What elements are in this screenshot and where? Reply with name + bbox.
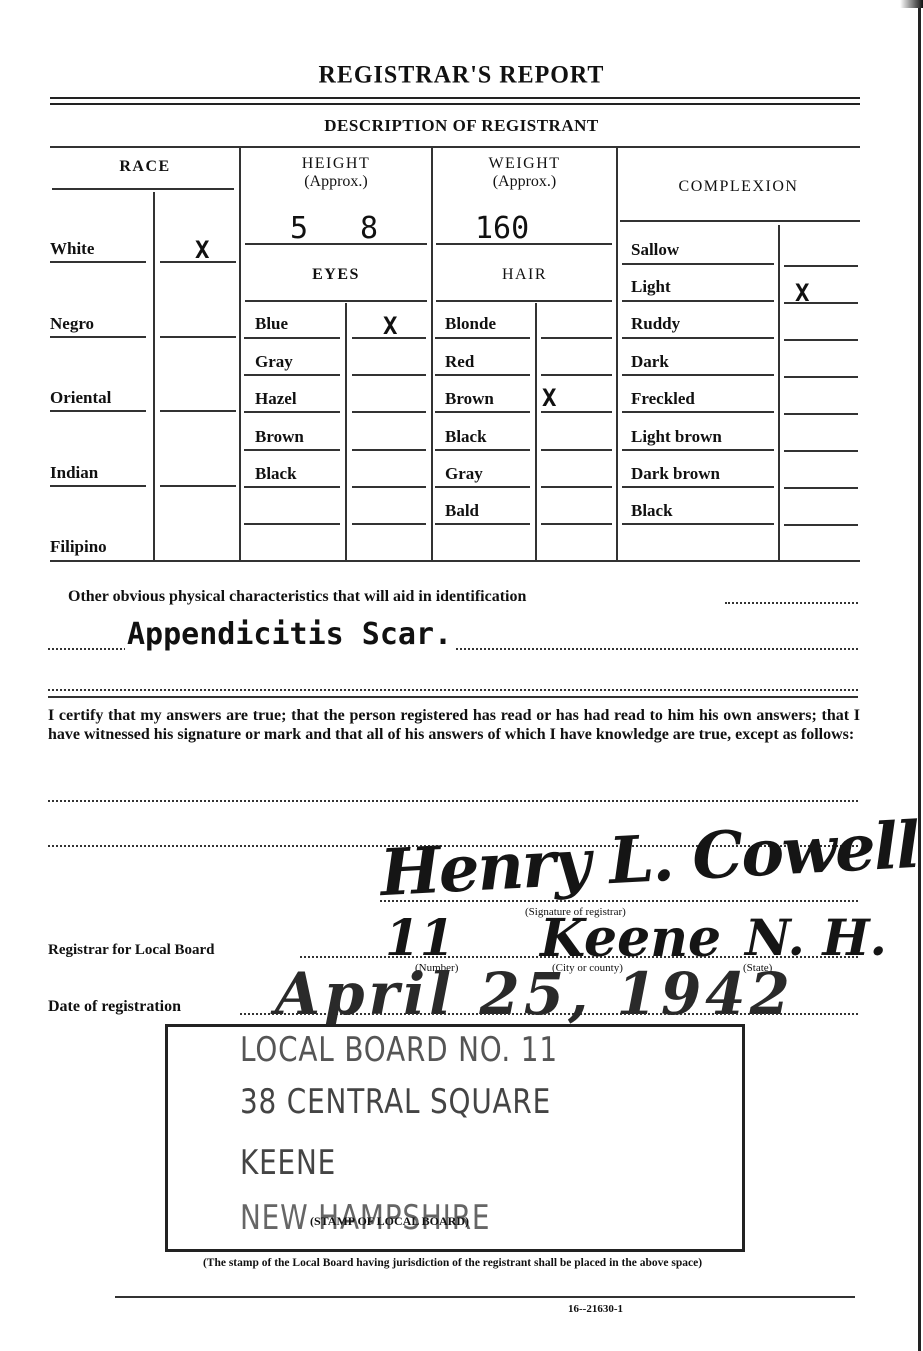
- height-rule: [245, 243, 427, 245]
- board-state: N. H.: [745, 908, 887, 967]
- section-rule: [48, 696, 858, 698]
- row-rule: [435, 523, 530, 525]
- stamp-caption: (STAMP OF LOCAL BOARD): [310, 1214, 469, 1229]
- stamp-instruction: (The stamp of the Local Board having jur…: [160, 1256, 745, 1270]
- complexion-header-rule: [620, 220, 860, 222]
- complexion-freckled: Freckled: [631, 389, 695, 409]
- hair-header-rule: [436, 300, 612, 302]
- table-top-rule: [50, 146, 860, 148]
- date-label: Date of registration: [48, 998, 181, 1016]
- row-rule: [244, 449, 340, 451]
- row-rule: [784, 339, 858, 341]
- eyes-blue: Blue: [255, 314, 288, 334]
- height-sub: (Approx.): [240, 173, 432, 191]
- complexion-mark-col: [778, 225, 780, 560]
- row-rule: [784, 487, 858, 489]
- complexion-sallow: Sallow: [631, 240, 679, 260]
- hair-mark: X: [542, 386, 556, 410]
- row-rule: [352, 411, 426, 413]
- eyes-hazel: Hazel: [255, 389, 297, 409]
- hair-bald: Bald: [445, 501, 479, 521]
- col-divider-weight: [616, 148, 618, 560]
- form-number: 16--21630-1: [568, 1303, 623, 1315]
- board-number: 11: [385, 908, 455, 967]
- weight-header: WEIGHT: [432, 155, 617, 173]
- footer-rule: [115, 1296, 855, 1298]
- signature-line: [380, 900, 858, 902]
- row-rule: [541, 486, 612, 488]
- eyes-gray: Gray: [255, 352, 293, 372]
- complexion-header: COMPLEXION: [617, 178, 860, 196]
- row-rule: [50, 261, 146, 263]
- registration-date: April 25, 1942: [275, 960, 794, 1028]
- weight-sub: (Approx.): [432, 173, 617, 191]
- eyes-header: EYES: [240, 266, 432, 284]
- eyes-mark: X: [383, 314, 397, 338]
- row-rule: [435, 449, 530, 451]
- row-rule: [160, 410, 236, 412]
- certification-text: I certify that my answers are true; that…: [48, 706, 860, 744]
- row-rule: [622, 486, 774, 488]
- dotted-line: [48, 800, 858, 802]
- hair-brown: Brown: [445, 389, 494, 409]
- row-rule: [50, 410, 146, 412]
- document-title: REGISTRAR'S REPORT: [0, 61, 923, 89]
- row-rule: [244, 337, 340, 339]
- dotted-line: [48, 689, 858, 691]
- race-header-rule: [52, 188, 234, 190]
- row-rule: [160, 336, 236, 338]
- hair-gray: Gray: [445, 464, 483, 484]
- title-rule-bottom: [50, 103, 860, 105]
- stamp-line-1: LOCAL BOARD NO. 11: [240, 1030, 558, 1070]
- height-header: HEIGHT: [240, 155, 432, 173]
- complexion-black: Black: [631, 501, 673, 521]
- stamp-line-2: 38 CENTRAL SQUARE: [240, 1082, 551, 1122]
- row-rule: [244, 411, 340, 413]
- table-bottom-rule: [50, 560, 860, 562]
- eyes-header-rule: [245, 300, 427, 302]
- row-rule: [244, 523, 340, 525]
- row-rule: [784, 302, 858, 304]
- weight-rule: [436, 243, 612, 245]
- row-rule: [435, 337, 530, 339]
- row-rule: [352, 337, 426, 339]
- row-rule: [352, 449, 426, 451]
- row-rule: [622, 263, 774, 265]
- row-rule: [435, 411, 530, 413]
- row-rule: [784, 265, 858, 267]
- row-rule: [352, 486, 426, 488]
- row-rule: [50, 336, 146, 338]
- dotted-line: [725, 602, 858, 604]
- section-title: DESCRIPTION OF REGISTRANT: [0, 116, 923, 136]
- height-feet: 5: [290, 214, 308, 244]
- row-rule: [541, 523, 612, 525]
- row-rule: [160, 485, 236, 487]
- title-rule-top: [50, 97, 860, 99]
- row-rule: [784, 413, 858, 415]
- other-characteristics-prompt: Other obvious physical characteristics t…: [68, 588, 526, 606]
- complexion-light-brown: Light brown: [631, 427, 722, 447]
- hair-blonde: Blonde: [445, 314, 496, 334]
- hair-red: Red: [445, 352, 474, 372]
- hair-mark-col: [535, 303, 537, 560]
- row-rule: [435, 374, 530, 376]
- row-rule: [622, 411, 774, 413]
- hair-header: HAIR: [432, 266, 617, 284]
- page-edge: [918, 0, 921, 1351]
- row-rule: [622, 337, 774, 339]
- eyes-mark-col: [345, 303, 347, 560]
- registrar-signature: Henry L. Cowell: [378, 808, 920, 911]
- row-rule: [244, 374, 340, 376]
- row-rule: [541, 337, 612, 339]
- col-divider-height: [431, 148, 433, 560]
- row-rule: [541, 374, 612, 376]
- other-characteristics-value: Appendicitis Scar.: [125, 620, 454, 650]
- complexion-dark-brown: Dark brown: [631, 464, 720, 484]
- row-rule: [622, 523, 774, 525]
- height-inches: 8: [360, 214, 378, 244]
- row-rule: [784, 376, 858, 378]
- row-rule: [435, 486, 530, 488]
- local-board-label: Registrar for Local Board: [48, 942, 215, 959]
- eyes-black: Black: [255, 464, 297, 484]
- row-rule: [541, 449, 612, 451]
- row-rule: [622, 300, 774, 302]
- page-corner: [900, 0, 923, 8]
- row-rule: [352, 523, 426, 525]
- row-rule: [160, 261, 236, 263]
- race-mark: X: [195, 238, 209, 262]
- row-rule: [622, 374, 774, 376]
- complexion-light: Light: [631, 277, 671, 297]
- row-rule: [622, 449, 774, 451]
- race-header: RACE: [50, 158, 240, 176]
- race-mark-col: [153, 192, 155, 560]
- complexion-ruddy: Ruddy: [631, 314, 680, 334]
- row-rule: [784, 450, 858, 452]
- hair-black: Black: [445, 427, 487, 447]
- col-divider-race: [239, 148, 241, 560]
- row-rule: [50, 485, 146, 487]
- row-rule: [352, 374, 426, 376]
- eyes-brown: Brown: [255, 427, 304, 447]
- row-rule: [541, 411, 612, 413]
- complexion-dark: Dark: [631, 352, 669, 372]
- row-rule: [244, 486, 340, 488]
- weight-value: 160: [475, 214, 529, 244]
- row-rule: [784, 524, 858, 526]
- stamp-line-3: KEENE: [240, 1143, 336, 1183]
